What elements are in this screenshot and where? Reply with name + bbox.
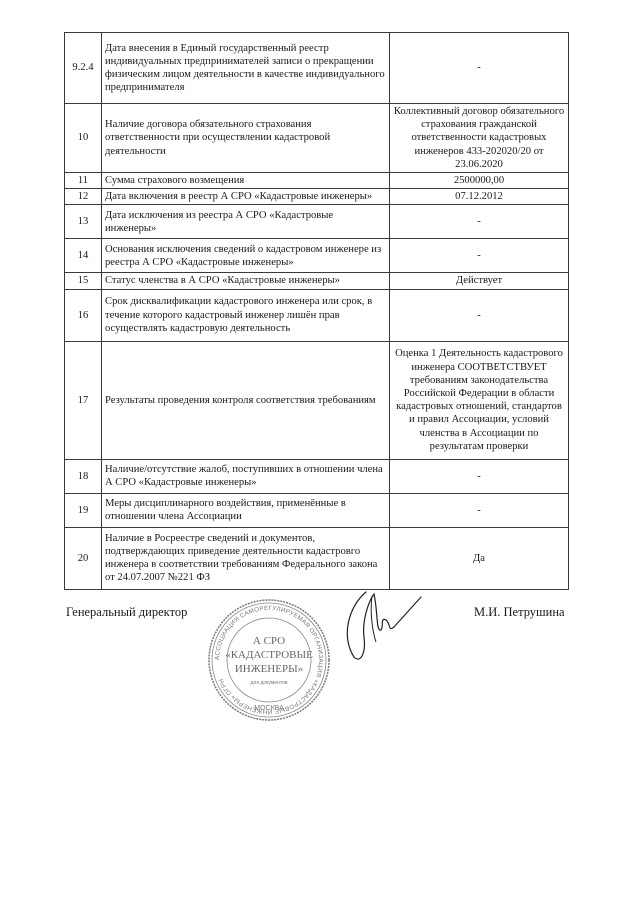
stamp-line-1: А СРО <box>253 635 285 647</box>
table-row: 9.2.4 Дата внесения в Единый государстве… <box>65 33 569 104</box>
row-value: Коллективный договор обязательного страх… <box>390 104 569 173</box>
row-number: 19 <box>65 493 102 527</box>
row-value: 2500000,00 <box>390 173 569 189</box>
row-label: Статус членства в А СРО «Кадастровые инж… <box>102 273 390 289</box>
table-row: 14 Основания исключения сведений о кадас… <box>65 239 569 273</box>
row-number: 11 <box>65 173 102 189</box>
stamp-small-text: для документов <box>251 680 288 686</box>
table-row: 17 Результаты проведения контроля соотве… <box>65 341 569 459</box>
row-number: 9.2.4 <box>65 33 102 104</box>
row-value: - <box>390 459 569 493</box>
row-value: - <box>390 239 569 273</box>
row-label: Дата исключения из реестра А СРО «Кадаст… <box>102 205 390 239</box>
row-label: Срок дисквалификации кадастрового инжене… <box>102 289 390 341</box>
row-value: - <box>390 493 569 527</box>
registry-table: 9.2.4 Дата внесения в Единый государстве… <box>64 32 569 590</box>
row-number: 17 <box>65 341 102 459</box>
row-value: Да <box>390 527 569 589</box>
row-number: 15 <box>65 273 102 289</box>
table-row: 10 Наличие договора обязательного страхо… <box>65 104 569 173</box>
row-label: Меры дисциплинарного воздействия, примен… <box>102 493 390 527</box>
row-label: Дата внесения в Единый государственный р… <box>102 33 390 104</box>
table-row: 18 Наличие/отсутствие жалоб, поступивших… <box>65 459 569 493</box>
table-row: 16 Срок дисквалификации кадастрового инж… <box>65 289 569 341</box>
row-value: - <box>390 205 569 239</box>
row-label: Дата включения в реестр А СРО «Кадастров… <box>102 189 390 205</box>
organization-stamp: АССОЦИАЦИЯ САМОРЕГУЛИРУЕМАЯ ОРГАНИЗАЦИЯ … <box>207 598 331 722</box>
row-value: 07.12.2012 <box>390 189 569 205</box>
row-label: Наличие/отсутствие жалоб, поступивших в … <box>102 459 390 493</box>
table-row: 19 Меры дисциплинарного воздействия, при… <box>65 493 569 527</box>
row-value: - <box>390 33 569 104</box>
row-label: Результаты проведения контроля соответст… <box>102 341 390 459</box>
stamp-city: МОСКВА <box>254 705 284 712</box>
signatory-position: Генеральный директор <box>66 605 187 620</box>
row-value: Оценка 1 Деятельность кадастрового инжен… <box>390 341 569 459</box>
row-number: 13 <box>65 205 102 239</box>
row-label: Наличие в Росреестре сведений и документ… <box>102 527 390 589</box>
row-value: Действует <box>390 273 569 289</box>
document-page: 9.2.4 Дата внесения в Единый государстве… <box>0 0 637 900</box>
table-row: 11 Сумма страхового возмещения 2500000,0… <box>65 173 569 189</box>
row-label: Наличие договора обязательного страхован… <box>102 104 390 173</box>
stamp-line-3: ИНЖЕНЕРЫ» <box>235 663 303 675</box>
signature <box>336 582 426 667</box>
row-number: 10 <box>65 104 102 173</box>
row-number: 14 <box>65 239 102 273</box>
table-row: 20 Наличие в Росреестре сведений и докум… <box>65 527 569 589</box>
row-number: 20 <box>65 527 102 589</box>
row-value: - <box>390 289 569 341</box>
stamp-line-2: «КАДАСТРОВЫЕ <box>225 649 313 661</box>
table-row: 13 Дата исключения из реестра А СРО «Кад… <box>65 205 569 239</box>
row-number: 18 <box>65 459 102 493</box>
row-label: Основания исключения сведений о кадастро… <box>102 239 390 273</box>
signatory-name: М.И. Петрушина <box>474 605 565 620</box>
row-number: 16 <box>65 289 102 341</box>
row-label: Сумма страхового возмещения <box>102 173 390 189</box>
table-row: 15 Статус членства в А СРО «Кадастровые … <box>65 273 569 289</box>
table-row: 12 Дата включения в реестр А СРО «Кадаст… <box>65 189 569 205</box>
row-number: 12 <box>65 189 102 205</box>
